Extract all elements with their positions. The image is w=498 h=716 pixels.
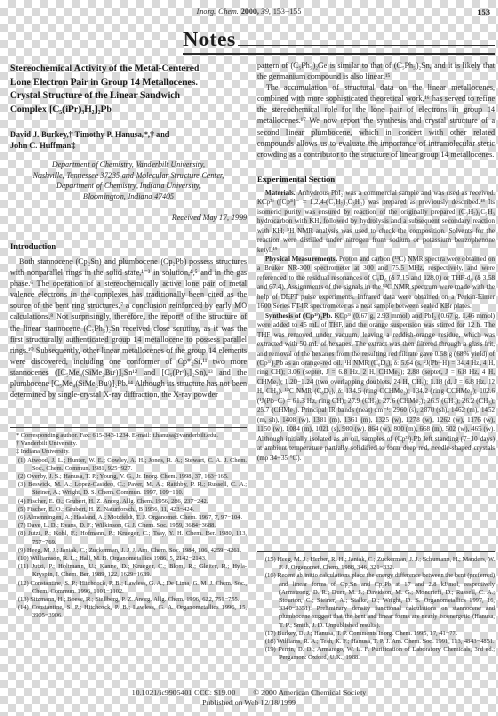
- affiliation-footnote: † Vanderbilt University.: [10, 440, 247, 448]
- article-title: Stereochemical Activity of the Metal-Cen…: [10, 62, 247, 116]
- reference-item: (12) Constantine, S. P.; Hitchcock, P. B…: [18, 580, 247, 596]
- journal-name: Inorg. Chem.: [197, 7, 239, 16]
- materials-text: Anhydrous PbI₂ was a commercial sample a…: [257, 189, 495, 254]
- materials-lead: Materials.: [265, 189, 298, 197]
- right-column: pattern of (C₅Ph₅)₂Ge is similar to that…: [257, 60, 495, 550]
- left-column: Stereochemical Activity of the Metal-Cen…: [10, 62, 247, 426]
- reference-item: (13) Sitzmann, H.; Boese, R.; Stellberg,…: [18, 596, 247, 604]
- reference-item: (16) Recent ab initio calculations place…: [265, 572, 495, 629]
- notes-banner: Notes: [183, 28, 495, 55]
- corresponding-author-note: * Corresponding author. Fax: 615-343-123…: [10, 432, 247, 440]
- author-line: David J. Burkey,† Timothy P. Hanusa,*,† …: [10, 129, 247, 140]
- notes-banner-title: Notes: [183, 28, 236, 50]
- reference-item: (9) Heeg, M. J.; Janiak, C.; Zuckerman, …: [18, 547, 247, 555]
- affiliation-line: Bloomington, Indiana 47405: [10, 192, 247, 203]
- physical-measurements-text: Proton and carbon (¹³C) NMR spectra were…: [257, 255, 495, 310]
- article-title-line: Stereochemical Activity of the Metal-Cen…: [10, 62, 247, 76]
- article-title-line: Complex [C₅(iPr)₃H₂]₂Pb: [10, 103, 247, 117]
- journal-citation: Inorg. Chem. 2000, 39, 153−155: [0, 7, 498, 16]
- synthesis-paragraph: Synthesis of (Cp³ⁱ)₂Pb. KCp³ⁱ (0.67 g, 2…: [257, 312, 495, 463]
- physical-measurements-paragraph: Physical Measurements. Proton and carbon…: [257, 255, 495, 312]
- article-title-line: Lone Electron Pair in Group 14 Metalloce…: [10, 76, 247, 90]
- reference-item: (10) Williamson, R. L.; Hall, M. B. Orga…: [18, 555, 247, 563]
- right-footnotes: (15) Heeg, M. J.; Herber, R. H.; Janiak,…: [257, 551, 495, 691]
- author-line: John C. Huffman‡: [10, 140, 247, 151]
- journal-page: Inorg. Chem. 2000, 39, 153−155 153 Notes…: [0, 0, 498, 716]
- reference-item: (6) Almenningen, A.; Haaland, A.; Motzfe…: [18, 514, 247, 522]
- banner-rule: [238, 45, 495, 46]
- synthesis-text: KCp³ⁱ (0.67 g, 2.93 mmol) and PbI₂ (0.67…: [257, 312, 495, 462]
- left-footnotes: * Corresponding author. Fax: 615-343-123…: [10, 427, 247, 690]
- author-list: David J. Burkey,† Timothy P. Hanusa,*,† …: [10, 129, 247, 151]
- reference-item: (17) Burkey, D. J.; Hanusa, T. P. Commen…: [265, 630, 495, 638]
- reference-list: (1) Atwood, J. L.; Hunter, W. E.; Cowley…: [10, 457, 247, 621]
- reference-item: (7) Dave, L. D.; Evans, D. F.; Wilkinson…: [18, 522, 247, 530]
- copyright: © 2000 American Chemical Society: [253, 688, 366, 697]
- experimental-heading: Experimental Section: [257, 174, 495, 184]
- doi-ccc: 10.1021/ic9905401 CCC: $19.00: [132, 688, 236, 697]
- reference-item: (19) Perrin, D. D.; Armarego, W. L. F. P…: [265, 646, 495, 662]
- reference-item: (15) Heeg, M. J.; Herber, R. H.; Janiak,…: [265, 556, 495, 572]
- reference-list: (15) Heeg, M. J.; Herber, R. H.; Janiak,…: [257, 556, 495, 663]
- reference-item: (5) Fischer, E. O.; Grubert, H. Z. Natur…: [18, 506, 247, 514]
- reference-item: (1) Atwood, J. L.; Hunter, W. E.; Cowley…: [18, 457, 247, 473]
- reference-item: (11) Jutzi, P.; Holtmann, U.; Kanne, D.;…: [18, 563, 247, 579]
- materials-paragraph: Materials. Anhydrous PbI₂ was a commerci…: [257, 189, 495, 255]
- journal-volume: 39,: [261, 7, 271, 16]
- page-number: 153: [477, 7, 490, 17]
- affiliations: Department of Chemistry, Vanderbilt Univ…: [10, 160, 247, 202]
- article-title-line: Crystal Structure of the Linear Sandwich: [10, 89, 247, 103]
- page-footer: 10.1021/ic9905401 CCC: $19.00© 2000 Amer…: [0, 688, 498, 707]
- affiliation-line: Department of Chemistry, Indiana Univers…: [10, 181, 247, 192]
- journal-year: 2000,: [241, 7, 259, 16]
- affiliation-line: Nashville, Tennessee 37235 and Molecular…: [10, 171, 247, 182]
- received-date: Received May 17, 1999: [10, 213, 247, 222]
- reference-item: (14) Constantine, S. P.; Hitchcock, P. B…: [18, 604, 247, 620]
- introduction-heading: Introduction: [10, 241, 247, 251]
- reference-item: (18) Williams, R. A.; Tesh, K. F.; Hanus…: [265, 638, 495, 646]
- published-on-web: Published on Web 12/18/1999: [0, 698, 498, 707]
- body-paragraph: pattern of (C₅Ph₅)₂Ge is similar to that…: [257, 60, 495, 82]
- affiliation-line: Department of Chemistry, Vanderbilt Univ…: [10, 160, 247, 171]
- body-paragraph: The accumulation of structural data on t…: [257, 82, 495, 160]
- footer-copyright-line: 10.1021/ic9905401 CCC: $19.00© 2000 Amer…: [0, 688, 498, 697]
- journal-pages: 153−155: [273, 7, 302, 16]
- reference-item: (3) Beswick, M. A.; Lopez-Casideo, C.; P…: [18, 481, 247, 497]
- introduction-paragraph: Both stannocene (Cp₂Sn) and plumbocene (…: [10, 256, 247, 400]
- affiliation-footnote: ‡ Indiana University.: [10, 448, 247, 456]
- physical-measurements-lead: Physical Measurements.: [265, 255, 339, 263]
- reference-item: (2) Overby, J. S.; Hanusa, T. P.; Young,…: [18, 473, 247, 481]
- reference-item: (4) Fischer, E. O.; Grubert, H. Z. Anorg…: [18, 498, 247, 506]
- synthesis-lead: Synthesis of (Cp³ⁱ)₂Pb.: [265, 312, 334, 320]
- reference-item: (8) Jutzi, P.; Kohl, F.; Hofmann, P.; Kr…: [18, 530, 247, 546]
